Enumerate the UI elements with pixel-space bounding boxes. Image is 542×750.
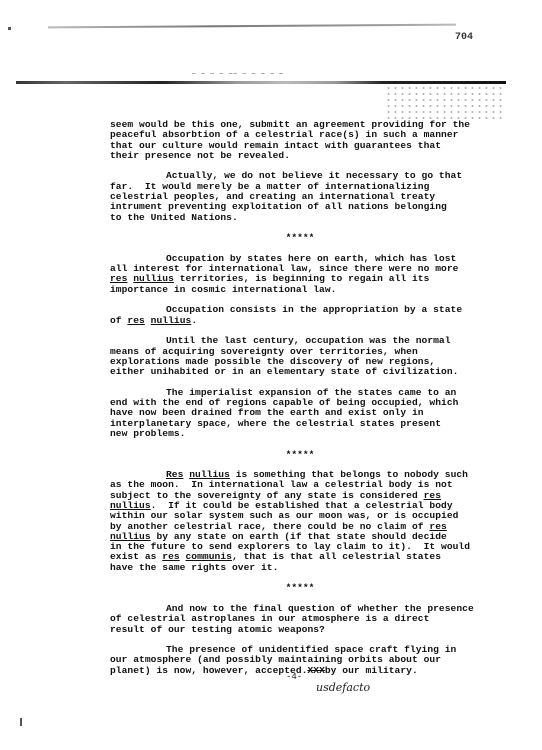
paragraph-7: Res nullius is something that belongs to… xyxy=(110,470,530,573)
scan-noise xyxy=(385,85,505,120)
document-body: seem would be this one, submitt an agree… xyxy=(110,120,530,686)
handwritten-page-mark: -4- xyxy=(286,672,302,682)
section-separator: ***** xyxy=(110,233,530,243)
paragraph-2: Actually, we do not believe it necessary… xyxy=(110,171,530,222)
paragraph-1: seem would be this one, submitt an agree… xyxy=(110,120,530,161)
header-smudge: — — — — —— — — — — — xyxy=(192,70,284,77)
paragraph-8: And now to the final question of whether… xyxy=(110,604,530,635)
page-number: 704 xyxy=(455,32,473,43)
top-rule xyxy=(48,24,456,29)
scan-mark xyxy=(20,718,22,726)
section-separator: ***** xyxy=(110,450,530,460)
paragraph-6: The imperialist expansion of the states … xyxy=(110,388,530,439)
paragraph-9: The presence of unidentified space craft… xyxy=(110,645,530,676)
scan-mark xyxy=(8,27,11,30)
header-rule xyxy=(16,81,506,84)
section-separator: ***** xyxy=(110,583,530,593)
handwritten-note: usdefacto xyxy=(316,681,370,694)
paragraph-4: Occupation consists in the appropriation… xyxy=(110,305,530,326)
paragraph-5: Until the last century, occupation was t… xyxy=(110,336,530,377)
struck-out-text: XXX xyxy=(307,665,324,676)
paragraph-3: Occupation by states here on earth, whic… xyxy=(110,254,530,295)
document-page: 704 — — — — —— — — — — — seem would be t… xyxy=(0,0,542,750)
